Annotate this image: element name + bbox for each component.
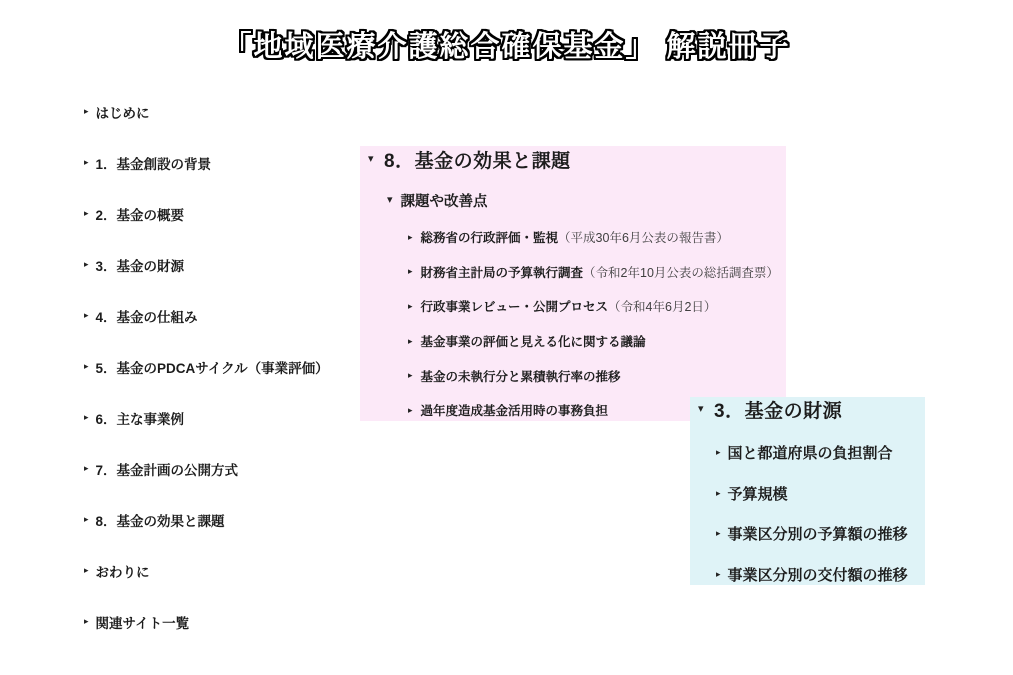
pink-panel-item-mof-budget-survey[interactable]: ▸ 財務省主計局の予算執行調査（令和2年10月公表の総括調査票）: [408, 255, 779, 290]
outline-item-6-main-projects[interactable]: ▸ 6．主な事業例: [84, 392, 329, 443]
outline-list: ▸ はじめに ▸ 1．基金創設の背景 ▸ 2．基金の概要 ▸ 3．基金の財源 ▸…: [84, 86, 329, 647]
collapsed-triangle-icon[interactable]: ▸: [716, 570, 721, 579]
outline-item-label: 6．主な事業例: [96, 408, 185, 428]
cyan-panel-item-budget-trend-by-category[interactable]: ▸ 事業区分別の予算額の推移: [716, 513, 908, 554]
cyan-panel-item-label: 国と都道府県の負担割合: [728, 442, 893, 463]
outline-item-label: 8．基金の効果と課題: [96, 510, 225, 530]
collapsed-triangle-icon[interactable]: ▸: [84, 107, 89, 116]
pink-panel-item-soumu-review[interactable]: ▸ 総務省の行政評価・監視（平成30年6月公表の報告書）: [408, 220, 779, 255]
pink-panel-item-label: 行政事業レビュー・公開プロセス（令和4年6月2日）: [421, 297, 717, 315]
collapsed-triangle-icon[interactable]: ▸: [408, 406, 413, 415]
outline-item-label: 3．基金の財源: [96, 255, 185, 275]
collapsed-triangle-icon[interactable]: ▸: [84, 311, 89, 320]
panel-cyan-header-label: 3．基金の財源: [714, 396, 842, 423]
collapsed-triangle-icon[interactable]: ▸: [84, 617, 89, 626]
collapsed-triangle-icon[interactable]: ▸: [716, 489, 721, 498]
outline-item-label: 2．基金の概要: [96, 204, 185, 224]
outline-item-4-fund-mechanism[interactable]: ▸ 4．基金の仕組み: [84, 290, 329, 341]
panel-fund-sources: ▾ 3．基金の財源 ▸ 国と都道府県の負担割合 ▸ 予算規模 ▸ 事業区分別の予…: [690, 397, 925, 585]
cyan-panel-item-list: ▸ 国と都道府県の負担割合 ▸ 予算規模 ▸ 事業区分別の予算額の推移 ▸ 事業…: [716, 432, 908, 595]
pink-panel-item-label: 過年度造成基金活用時の事務負担: [421, 401, 609, 419]
panel-cyan-header[interactable]: ▾ 3．基金の財源: [698, 397, 842, 421]
outline-item-related-sites[interactable]: ▸ 関連サイト一覧: [84, 596, 329, 647]
pink-panel-item-label: 基金の未執行分と累積執行率の推移: [421, 367, 621, 385]
outline-item-label: はじめに: [96, 102, 150, 122]
outline-item-2-fund-overview[interactable]: ▸ 2．基金の概要: [84, 188, 329, 239]
panel-pink-header-label: 8．基金の効果と課題: [384, 146, 571, 173]
pink-panel-item-unexecuted-funds[interactable]: ▸ 基金の未執行分と累積執行率の推移: [408, 358, 779, 393]
outline-item-conclusion[interactable]: ▸ おわりに: [84, 545, 329, 596]
outline-item-7-plan-disclosure[interactable]: ▸ 7．基金計画の公開方式: [84, 443, 329, 494]
cyan-panel-item-label: 事業区分別の交付額の推移: [728, 564, 908, 585]
collapsed-triangle-icon[interactable]: ▸: [84, 566, 89, 575]
collapsed-triangle-icon[interactable]: ▸: [84, 464, 89, 473]
outline-item-label: 4．基金の仕組み: [96, 306, 198, 326]
outline-item-label: おわりに: [96, 561, 150, 581]
cyan-panel-item-grant-trend-by-category[interactable]: ▸ 事業区分別の交付額の推移: [716, 554, 908, 595]
pink-panel-item-admin-review-process[interactable]: ▸ 行政事業レビュー・公開プロセス（令和4年6月2日）: [408, 289, 779, 324]
collapsed-triangle-icon[interactable]: ▸: [84, 413, 89, 422]
pink-panel-item-label: 財務省主計局の予算執行調査（令和2年10月公表の総括調査票）: [421, 263, 779, 281]
panel-pink-subheader[interactable]: ▾ 課題や改善点: [387, 188, 488, 212]
collapsed-triangle-icon[interactable]: ▸: [84, 158, 89, 167]
pink-panel-item-label: 基金事業の評価と見える化に関する議論: [421, 332, 646, 350]
collapsed-triangle-icon[interactable]: ▸: [408, 302, 413, 311]
collapsed-triangle-icon[interactable]: ▸: [716, 529, 721, 538]
cyan-panel-item-label: 事業区分別の予算額の推移: [728, 523, 908, 544]
pink-panel-item-evaluation-visualization[interactable]: ▸ 基金事業の評価と見える化に関する議論: [408, 324, 779, 359]
expanded-triangle-icon[interactable]: ▾: [698, 404, 704, 415]
outline-item-5-pdca-cycle[interactable]: ▸ 5．基金のPDCAサイクル（事業評価）: [84, 341, 329, 392]
panel-fund-effects-issues: ▾ 8．基金の効果と課題 ▾ 課題や改善点 ▸ 総務省の行政評価・監視（平成30…: [360, 146, 786, 421]
outline-item-introduction[interactable]: ▸ はじめに: [84, 86, 329, 137]
outline-item-3-fund-sources[interactable]: ▸ 3．基金の財源: [84, 239, 329, 290]
cyan-panel-item-national-prefectural-share[interactable]: ▸ 国と都道府県の負担割合: [716, 432, 908, 473]
collapsed-triangle-icon[interactable]: ▸: [84, 260, 89, 269]
collapsed-triangle-icon[interactable]: ▸: [408, 337, 413, 346]
expanded-triangle-icon[interactable]: ▾: [368, 154, 374, 165]
collapsed-triangle-icon[interactable]: ▸: [408, 371, 413, 380]
page-title: 「地域医療介護総合確保基金」 解説冊子: [0, 24, 1013, 65]
outline-item-label: 5．基金のPDCAサイクル（事業評価）: [96, 357, 329, 377]
cyan-panel-item-budget-scale[interactable]: ▸ 予算規模: [716, 473, 908, 514]
panel-pink-subheader-label: 課題や改善点: [401, 190, 488, 211]
collapsed-triangle-icon[interactable]: ▸: [84, 362, 89, 371]
collapsed-triangle-icon[interactable]: ▸: [716, 448, 721, 457]
collapsed-triangle-icon[interactable]: ▸: [84, 515, 89, 524]
outline-item-label: 7．基金計画の公開方式: [96, 459, 239, 479]
cyan-panel-item-label: 予算規模: [728, 483, 788, 504]
outline-item-label: 関連サイト一覧: [96, 612, 190, 632]
collapsed-triangle-icon[interactable]: ▸: [408, 267, 413, 276]
panel-pink-header[interactable]: ▾ 8．基金の効果と課題: [368, 146, 571, 172]
outline-item-8-effects-issues[interactable]: ▸ 8．基金の効果と課題: [84, 494, 329, 545]
expanded-triangle-icon[interactable]: ▾: [387, 195, 393, 206]
outline-item-1-fund-background[interactable]: ▸ 1．基金創設の背景: [84, 137, 329, 188]
outline-item-label: 1．基金創設の背景: [96, 153, 212, 173]
pink-panel-item-label: 総務省の行政評価・監視（平成30年6月公表の報告書）: [421, 228, 729, 246]
collapsed-triangle-icon[interactable]: ▸: [408, 233, 413, 242]
collapsed-triangle-icon[interactable]: ▸: [84, 209, 89, 218]
